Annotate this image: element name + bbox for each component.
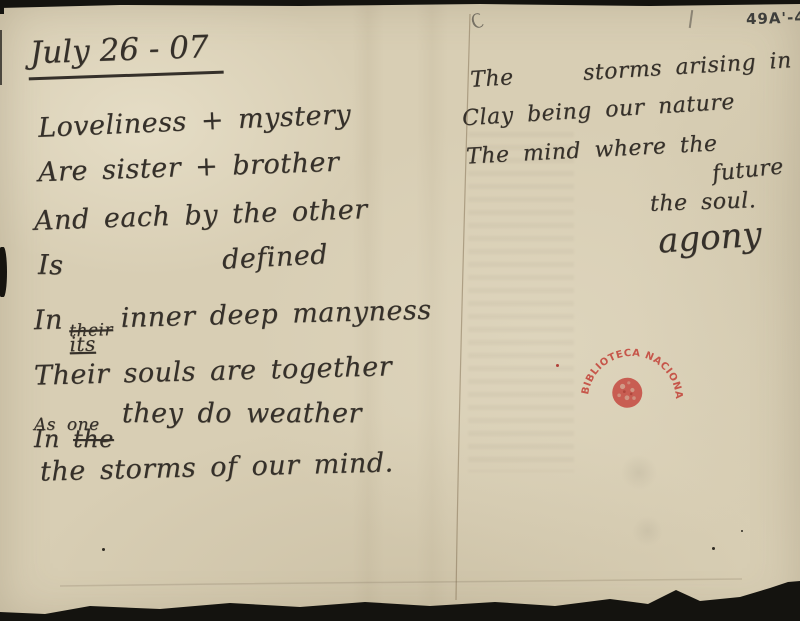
left-edge-line	[0, 30, 2, 85]
note-line-3: The mind where the	[466, 131, 719, 169]
signature: agony	[657, 214, 763, 261]
poem-line-1: Loveliness + mystery	[37, 99, 351, 144]
pencil-squiggle-mark	[470, 12, 486, 30]
poem-line-7: As oneIn thethey do weather	[34, 398, 362, 449]
poem-line-2: Are sister + brother	[38, 147, 340, 189]
date-text: July 26 - 07	[27, 29, 223, 81]
pencil-tick-mark	[689, 10, 693, 28]
library-stamp: BIBLIOTECA NACIONAL	[569, 335, 695, 461]
ink-speck	[712, 547, 715, 550]
inserted-word: its	[69, 337, 96, 352]
poem-line-7-rest: they do weather	[122, 398, 362, 429]
left-edge-corner	[0, 0, 4, 14]
red-speck	[556, 364, 559, 367]
poem-line-5: Intheiritsinner deep manyness	[33, 295, 432, 353]
manuscript-scan: 49A'-48 July 26 - 07 Loveliness + myster…	[0, 0, 800, 621]
left-edge-ink-blob	[0, 247, 7, 297]
poem-line-5-prefix: In	[33, 304, 63, 336]
poem-line-5-rest: inner deep manyness	[120, 295, 432, 334]
note-line-1: The storms arising in	[470, 48, 793, 93]
catalog-number: 49A'-48	[746, 8, 800, 28]
bottom-torn-edge	[0, 581, 800, 621]
date-line: July 26 - 07	[27, 29, 223, 81]
struck-phrase: In the	[34, 431, 114, 448]
note-line-4: future	[711, 154, 785, 186]
top-torn-edge	[0, 0, 800, 8]
poem-line-4-word-defined: defined	[221, 239, 329, 276]
poem-line-6: Their souls are together	[34, 351, 393, 391]
ink-speck	[102, 548, 105, 551]
poem-line-5-correction: theirits	[69, 324, 114, 352]
note-line-5: the soul.	[650, 188, 757, 217]
poem-line-3: And each by the other	[34, 194, 369, 237]
poem-line-7-correction: As oneIn the	[34, 419, 114, 449]
verso-showthrough	[468, 132, 574, 472]
poem-line-7-prefix: In	[34, 425, 60, 453]
stamp-emblem	[612, 377, 644, 409]
ink-speck	[741, 530, 743, 532]
struck-word: the	[73, 425, 114, 453]
poem-line-4-word-is: Is	[38, 250, 64, 281]
note-line-2: Clay being our nature	[461, 90, 735, 132]
note-line-1-rest: storms arising in	[582, 48, 792, 86]
note-line-1-word: The	[470, 65, 515, 93]
poem-line-8: the storms of our mind.	[40, 447, 394, 487]
